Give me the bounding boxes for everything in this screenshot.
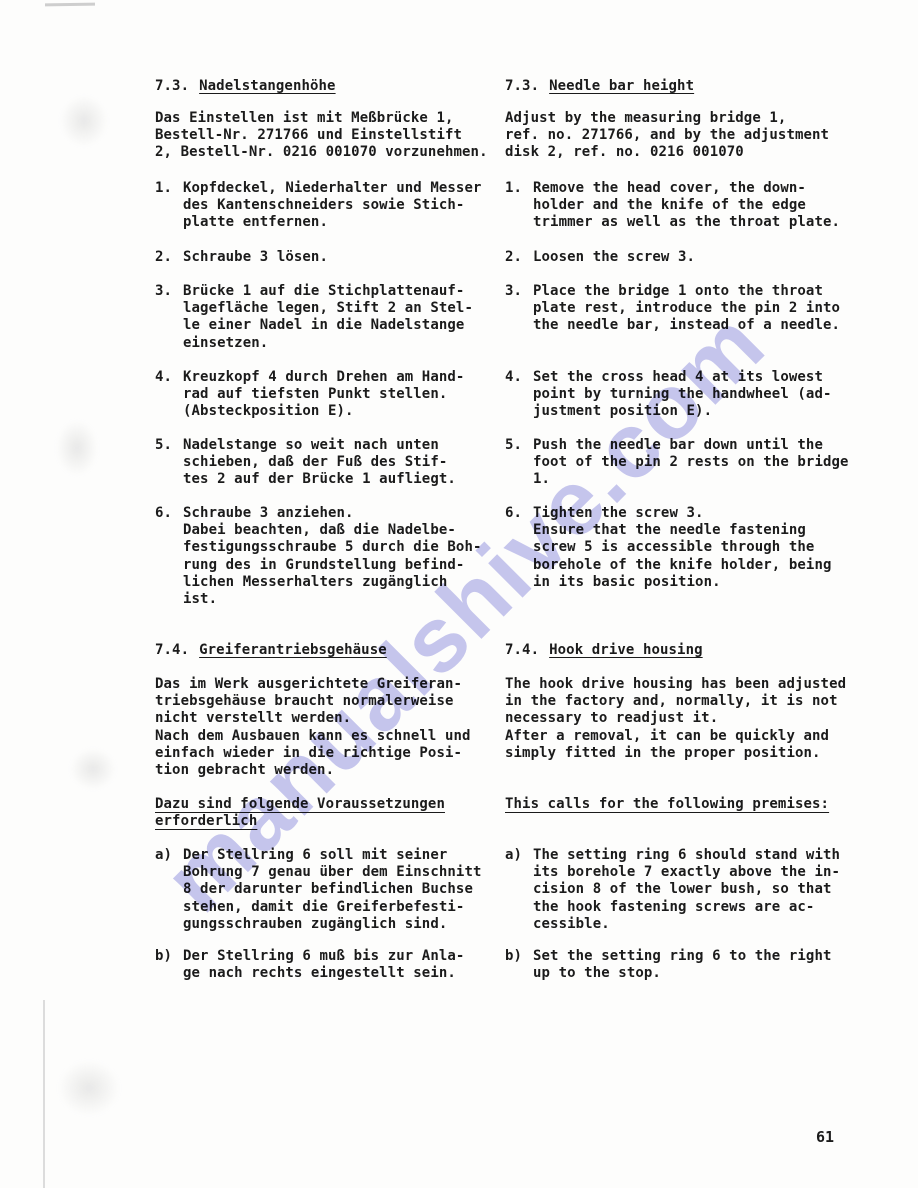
- scan-artifact-top-line: [45, 3, 95, 7]
- english-section-7-3-intro: Adjust by the measuring bridge 1, ref. n…: [505, 110, 877, 162]
- german-section-7-3-heading: 7.3.Nadelstangenhöhe: [155, 78, 503, 95]
- english-section-7-4-paragraph: The hook drive housing has been adjusted…: [505, 676, 877, 762]
- german-step-5: 5. Nadelstange so weit nach unten schieb…: [155, 437, 503, 489]
- english-section-7-3-heading: 7.3.Needle bar height: [505, 78, 877, 95]
- german-premises-subheading: Dazu sind folgende Voraussetzungen erfor…: [155, 796, 503, 830]
- step-text: Kreuzkopf 4 durch Drehen am Hand- rad au…: [183, 369, 503, 421]
- english-premise-a: a) The setting ring 6 should stand with …: [505, 847, 877, 933]
- step-marker: 2.: [505, 249, 533, 266]
- step-text: Place the bridge 1 onto the throat plate…: [533, 283, 877, 335]
- scan-artifact-vertical-line: [43, 1000, 45, 1188]
- section-title: Nadelstangenhöhe: [199, 78, 335, 94]
- step-marker: 6.: [155, 505, 183, 608]
- english-step-5: 5. Push the needle bar down until the fo…: [505, 437, 877, 489]
- step-text: Nadelstange so weit nach unten schieben,…: [183, 437, 503, 489]
- step-text: Push the needle bar down until the foot …: [533, 437, 877, 489]
- step-text: Schraube 3 anziehen. Dabei beachten, daß…: [183, 505, 503, 608]
- scan-artifact-smudge: [58, 1060, 120, 1116]
- step-text: Brücke 1 auf die Stichplattenauf- lagefl…: [183, 283, 503, 352]
- german-section-7-4-heading: 7.4.Greiferantriebsgehäuse: [155, 642, 503, 659]
- step-marker: 5.: [505, 437, 533, 489]
- step-text: Der Stellring 6 soll mit seiner Bohrung …: [183, 847, 503, 933]
- step-text: Tighten the screw 3. Ensure that the nee…: [533, 505, 877, 591]
- english-step-1: 1. Remove the head cover, the down- hold…: [505, 180, 877, 232]
- step-text: Loosen the screw 3.: [533, 249, 877, 266]
- german-premise-b: b) Der Stellring 6 muß bis zur Anla- ge …: [155, 948, 503, 982]
- german-step-4: 4. Kreuzkopf 4 durch Drehen am Hand- rad…: [155, 369, 503, 421]
- german-step-3: 3. Brücke 1 auf die Stichplattenauf- lag…: [155, 283, 503, 352]
- section-number: 7.3.: [505, 78, 539, 94]
- step-marker: 4.: [155, 369, 183, 421]
- step-text: Set the cross head 4 at its lowest point…: [533, 369, 877, 421]
- section-title: Hook drive housing: [549, 642, 703, 658]
- scan-artifact-smudge: [56, 420, 98, 476]
- section-number: 7.4.: [505, 642, 539, 658]
- scan-artifact-smudge: [60, 95, 108, 147]
- step-marker: 2.: [155, 249, 183, 266]
- german-section-7-4-paragraph: Das im Werk ausgerichtete Greiferan- tri…: [155, 676, 503, 779]
- section-number: 7.4.: [155, 642, 189, 658]
- english-step-3: 3. Place the bridge 1 onto the throat pl…: [505, 283, 877, 335]
- scan-artifact-smudge: [70, 748, 116, 790]
- step-text: The setting ring 6 should stand with its…: [533, 847, 877, 933]
- step-text: Schraube 3 lösen.: [183, 249, 503, 266]
- manual-page: 7.3.Nadelstangenhöhe Das Einstellen ist …: [0, 0, 918, 1188]
- step-marker: b): [505, 948, 533, 982]
- german-step-2: 2. Schraube 3 lösen.: [155, 249, 503, 266]
- english-premise-b: b) Set the setting ring 6 to the right u…: [505, 948, 877, 982]
- step-marker: 4.: [505, 369, 533, 421]
- page-number: 61: [816, 1128, 834, 1146]
- step-marker: 5.: [155, 437, 183, 489]
- step-marker: 6.: [505, 505, 533, 591]
- english-step-6: 6. Tighten the screw 3. Ensure that the …: [505, 505, 877, 591]
- section-title: Needle bar height: [549, 78, 694, 94]
- step-marker: 1.: [505, 180, 533, 232]
- german-step-6: 6. Schraube 3 anziehen. Dabei beachten, …: [155, 505, 503, 608]
- step-text: Set the setting ring 6 to the right up t…: [533, 948, 877, 982]
- step-text: Der Stellring 6 muß bis zur Anla- ge nac…: [183, 948, 503, 982]
- english-step-2: 2. Loosen the screw 3.: [505, 249, 877, 266]
- step-marker: a): [155, 847, 183, 933]
- step-marker: b): [155, 948, 183, 982]
- german-premise-a: a) Der Stellring 6 soll mit seiner Bohru…: [155, 847, 503, 933]
- step-text: Remove the head cover, the down- holder …: [533, 180, 877, 232]
- german-step-1: 1. Kopfdeckel, Niederhalter und Messer d…: [155, 180, 503, 232]
- section-title: Greiferantriebsgehäuse: [199, 642, 387, 658]
- step-marker: a): [505, 847, 533, 933]
- step-text: Kopfdeckel, Niederhalter und Messer des …: [183, 180, 503, 232]
- english-premises-subheading: This calls for the following premises:: [505, 796, 877, 813]
- english-section-7-4-heading: 7.4.Hook drive housing: [505, 642, 877, 659]
- english-step-4: 4. Set the cross head 4 at its lowest po…: [505, 369, 877, 421]
- german-section-7-3-intro: Das Einstellen ist mit Meßbrücke 1, Best…: [155, 110, 503, 162]
- step-marker: 1.: [155, 180, 183, 232]
- step-marker: 3.: [155, 283, 183, 352]
- step-marker: 3.: [505, 283, 533, 335]
- section-number: 7.3.: [155, 78, 189, 94]
